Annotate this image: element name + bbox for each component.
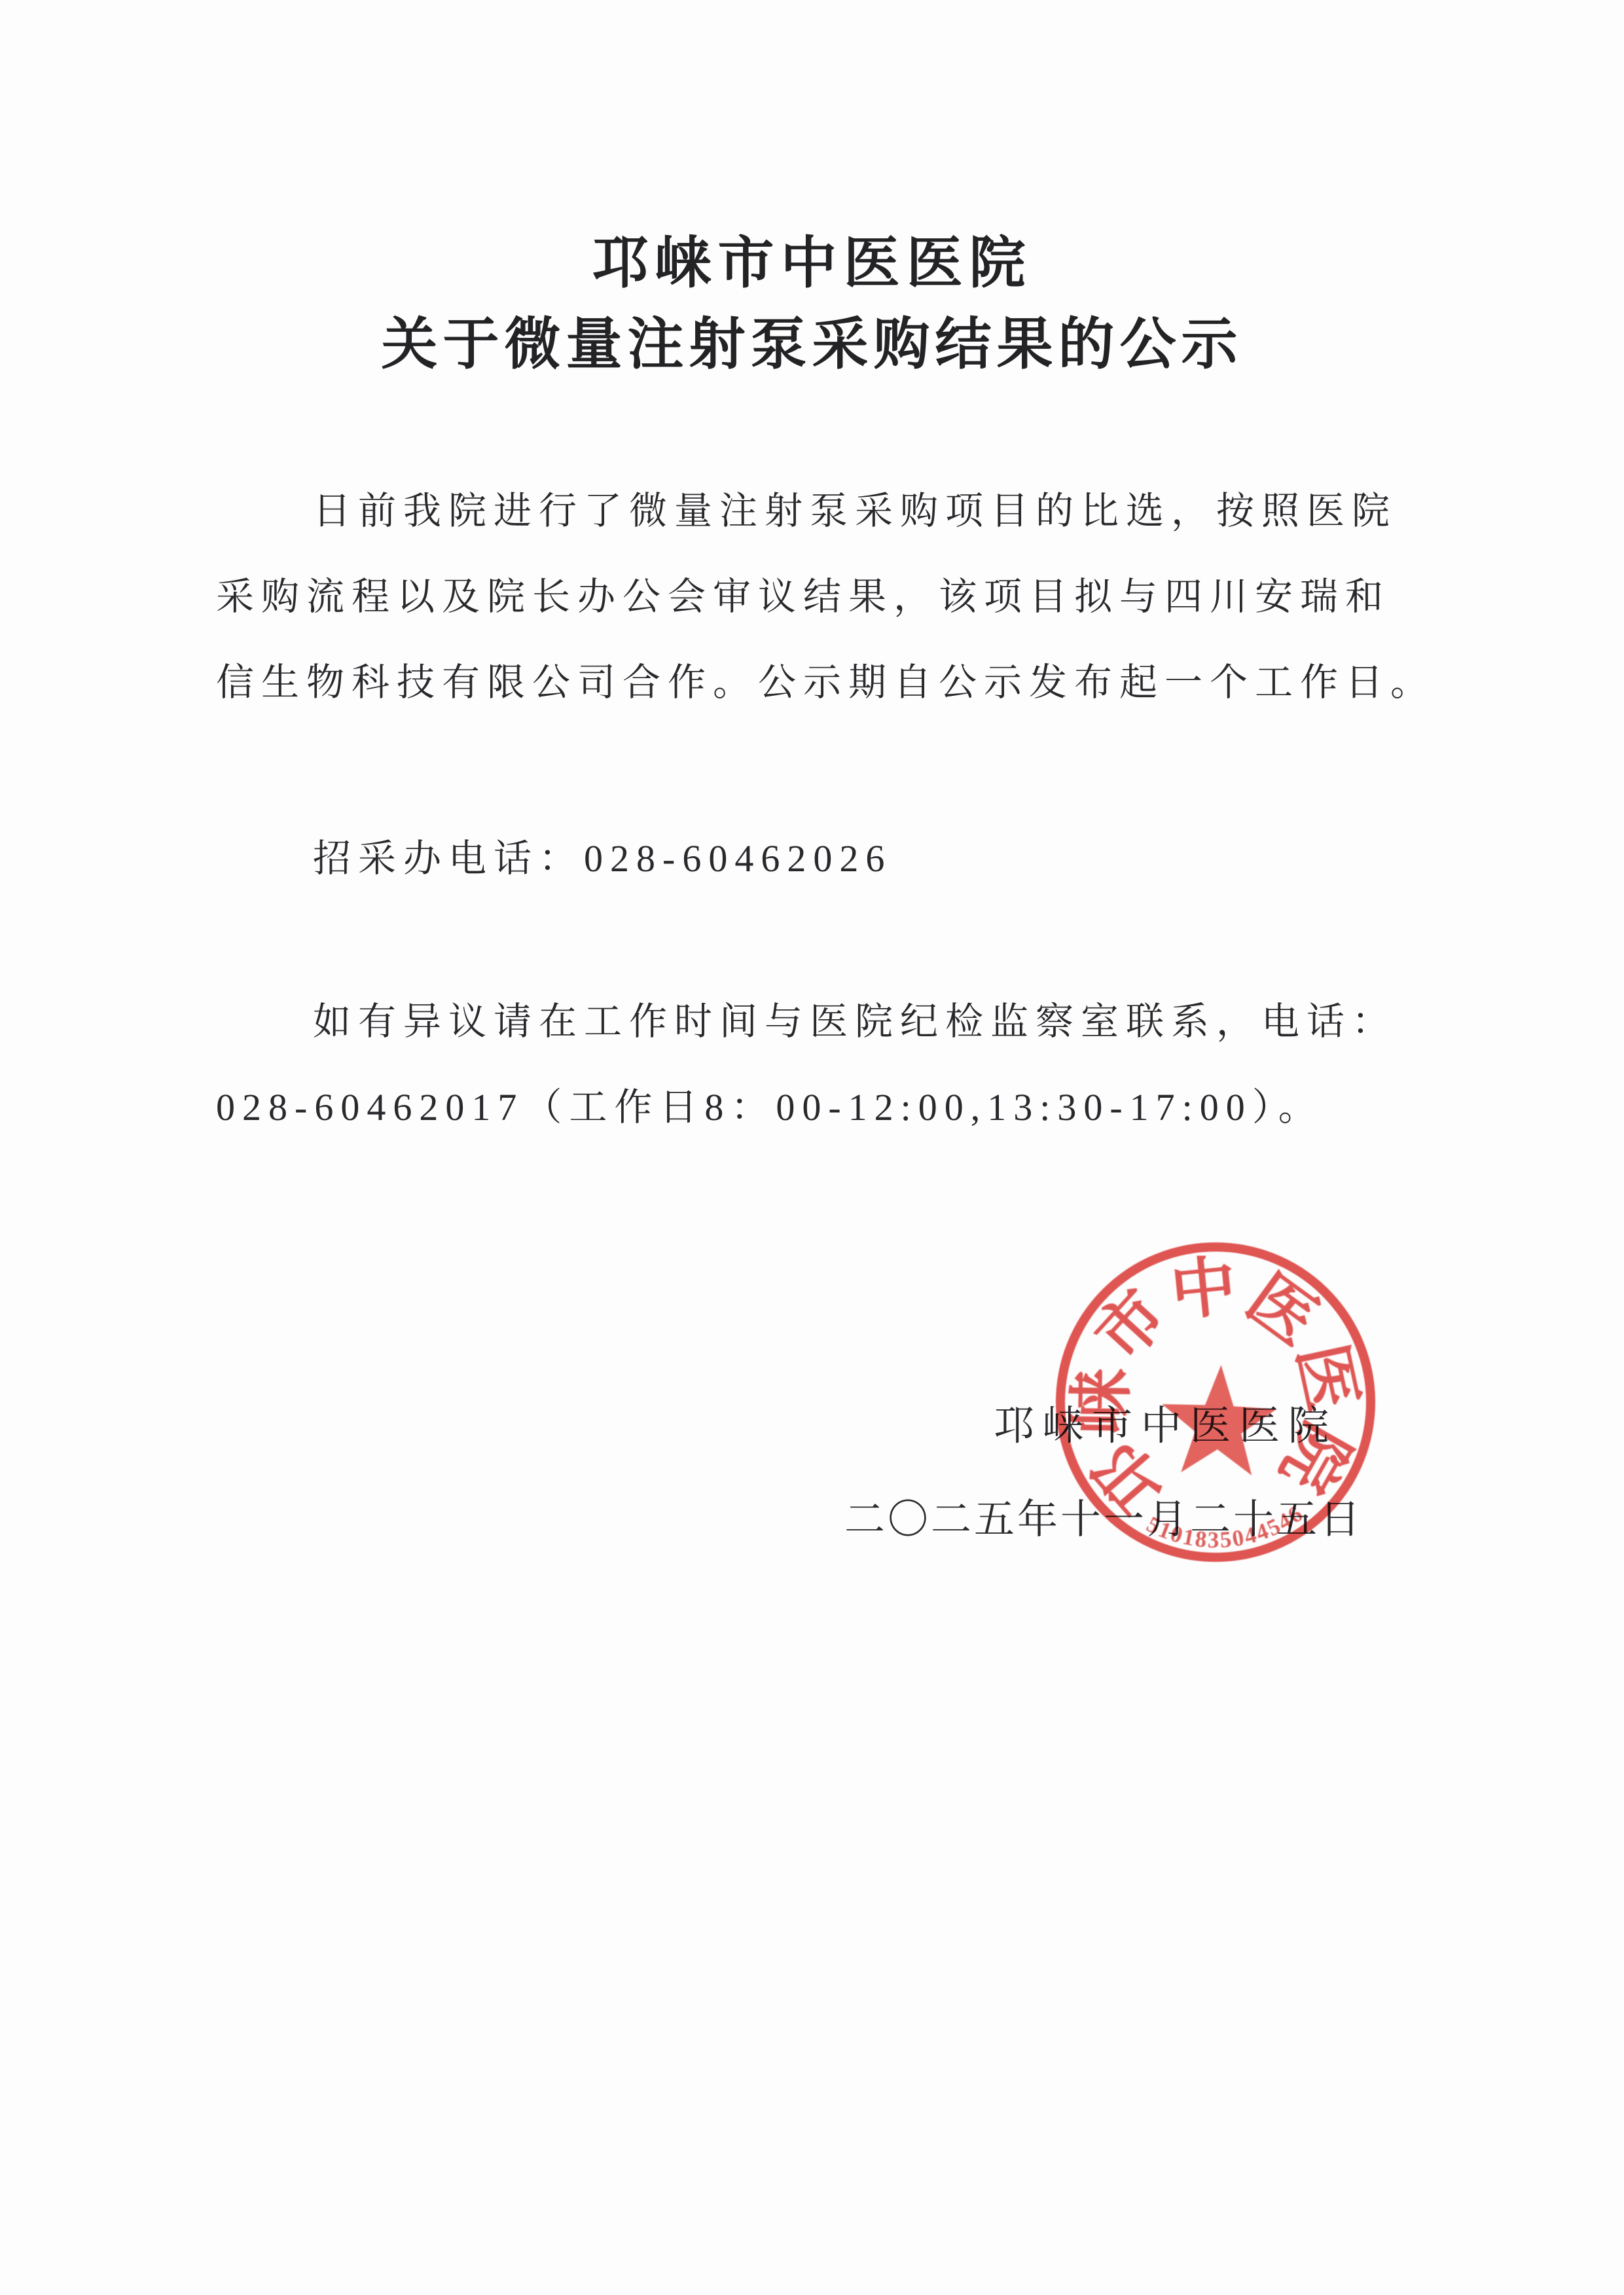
phone-line: 招采办电话：028-60462026 [216,816,1434,901]
document-page: 邛崃市中医医院 关于微量注射泵采购结果的公示 日前我院进行了微量注射泵采购项目的… [0,0,1624,2295]
official-seal: 邛崃市中医医院 5101835044546 [1038,1225,1393,1580]
procurement-office-phone: 招采办电话：028-60462026 [216,816,1434,901]
document-title-subject: 关于微量注射泵采购结果的公示 [0,316,1624,373]
paragraph-line: 采购流程以及院长办公会审议结果，该项目拟与四川安瑞和 [216,554,1434,640]
paragraph-line: 日前我院进行了微量注射泵采购项目的比选，按照医院 [216,468,1434,554]
paragraph-line: 信生物科技有限公司合作。公示期自公示发布起一个工作日。 [216,640,1434,725]
paragraph-objection-contact: 如有异议请在工作时间与医院纪检监察室联系，电话： 028-60462017（工作… [216,979,1434,1150]
paragraph-procurement-result: 日前我院进行了微量注射泵采购项目的比选，按照医院 采购流程以及院长办公会审议结果… [216,468,1434,725]
paragraph-line: 如有异议请在工作时间与医院纪检监察室联系，电话： [216,979,1434,1064]
seal-star-icon [1159,1362,1278,1476]
paragraph-line: 028-60462017（工作日8：00-12:00,13:30-17:00）。 [216,1064,1434,1150]
document-title-org: 邛崃市中医医院 [0,234,1624,292]
